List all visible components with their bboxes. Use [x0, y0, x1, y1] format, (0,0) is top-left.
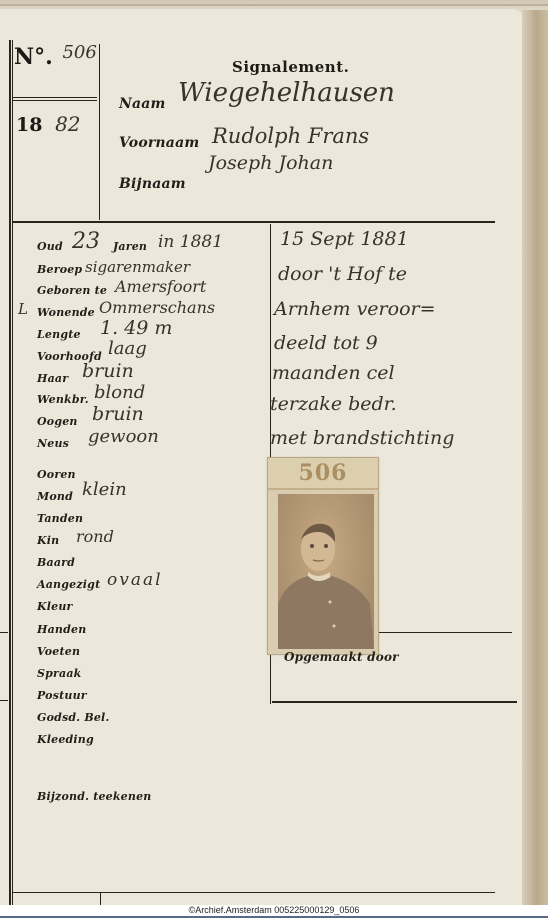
sentence-line-5: maanden cel — [272, 362, 395, 384]
record-number-label: N°. 506 — [14, 44, 95, 70]
eyes-value: bruin — [92, 403, 144, 425]
sentence-line-3: Arnhem veroor= — [274, 298, 436, 320]
mouth-label: Mond — [37, 490, 73, 503]
height-value: 1. 49 m — [100, 317, 172, 339]
age-years-label: Jaren — [113, 240, 147, 253]
nose-label: Neus — [37, 437, 69, 450]
firstname-value: Rudolph Frans — [212, 124, 369, 148]
page-title: Signalement. — [232, 58, 349, 76]
mugshot-photo: 506 — [267, 457, 379, 655]
face-label: Aangezigt — [37, 578, 100, 591]
chin-value: rond — [76, 527, 114, 546]
photo-box-top-rule — [377, 632, 512, 633]
sentence-line-1: 15 Sept 1881 — [280, 228, 409, 250]
complexion-label: Kleur — [37, 600, 73, 613]
face-value: ovaal — [107, 570, 163, 590]
birthplace-value: Amersfoort — [115, 277, 206, 296]
opgemaakt-bottom-rule — [272, 701, 517, 703]
age-value: 23 — [72, 229, 100, 254]
beard-label: Baard — [37, 556, 75, 569]
firstname-label: Voornaam — [119, 135, 199, 151]
left-tick-2 — [0, 700, 8, 701]
book-top-edge-line — [0, 4, 548, 6]
feet-label: Voeten — [37, 645, 80, 658]
number-year-divider-2 — [13, 100, 97, 101]
record-year: 18 82 — [16, 112, 81, 136]
posture-label: Postuur — [37, 689, 87, 702]
hands-label: Handen — [37, 623, 86, 636]
sentence-line-7: met brandstichting — [270, 427, 454, 449]
header-bottom-rule — [13, 221, 495, 223]
eyebrows-label: Wenkbr. — [37, 393, 89, 406]
sentence-line-6: terzake bedr. — [270, 393, 397, 415]
speech-label: Spraak — [37, 667, 82, 680]
residence-margin-mark: L — [18, 300, 28, 318]
residence-value: Ommerschans — [99, 298, 215, 317]
name-label: Naam — [119, 96, 166, 112]
archive-caption: ©Archief.Amsterdam 005225000129_0506 — [0, 905, 548, 918]
bottom-column-stub — [100, 893, 101, 905]
residence-label: Wonende — [37, 306, 95, 319]
birthplace-label: Geboren te — [37, 284, 107, 297]
forehead-value: laag — [108, 338, 147, 359]
hair-label: Haar — [37, 372, 68, 385]
sentence-line-2: door 't Hof te — [278, 263, 407, 285]
number-prefix: N°. — [14, 44, 53, 70]
portrait-image — [278, 494, 374, 649]
sentence-line-4: deeld tot 9 — [274, 332, 378, 354]
age-year-value: in 1881 — [158, 232, 223, 252]
page-bottom-rule — [13, 892, 495, 893]
book-page-edges — [522, 10, 548, 905]
religion-label: Godsd. Bel. — [37, 711, 109, 724]
left-margin-rule-inner — [12, 40, 13, 905]
name-value: Wiegehelhausen — [178, 78, 395, 108]
year-handwritten: 82 — [55, 112, 80, 136]
year-printed: 18 — [16, 114, 42, 136]
number-year-divider — [13, 97, 97, 98]
left-tick-1 — [0, 632, 8, 633]
eyes-label: Oogen — [37, 415, 78, 428]
header-column-rule — [99, 44, 100, 220]
eyebrows-value: blond — [94, 382, 145, 403]
special-marks-label: Bijzond. teekenen — [37, 790, 151, 803]
portrait-figure-icon — [278, 494, 374, 649]
opgemaakt-door-label: Opgemaakt door — [284, 650, 399, 664]
mouth-value: klein — [82, 479, 127, 500]
occupation-value: sigarenmaker — [85, 258, 190, 276]
occupation-label: Beroep — [37, 263, 82, 276]
age-label: Oud — [37, 240, 63, 253]
left-margin-rule — [9, 40, 11, 905]
nickname-label: Bijnaam — [119, 176, 186, 192]
photo-number-label: 506 — [268, 458, 378, 490]
clothing-label: Kleeding — [37, 733, 94, 746]
record-number-value: 506 — [62, 42, 96, 63]
ears-label: Ooren — [37, 468, 76, 481]
hair-value: bruin — [82, 360, 134, 382]
scanned-register-page: N°. 506 18 82 Signalement. Naam Wiegehel… — [0, 0, 548, 905]
chin-label: Kin — [37, 534, 59, 547]
height-label: Lengte — [37, 328, 81, 341]
nickname-value: Joseph Johan — [208, 152, 333, 174]
nose-value: gewoon — [88, 426, 159, 447]
teeth-label: Tanden — [37, 512, 83, 525]
